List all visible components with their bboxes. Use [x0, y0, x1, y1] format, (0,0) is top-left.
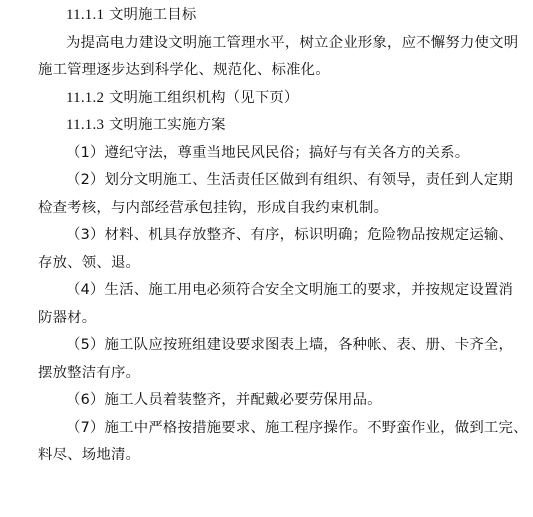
list-item-5: （5）施工队应按班组建设要求图表上墙，各种帐、表、册、卡齐全，	[38, 332, 498, 360]
list-item-7: （7）施工中严格按措施要求、施工程序操作。不野蛮作业，做到工完、	[38, 415, 498, 443]
list-item-3-cont: 存放、领、退。	[38, 250, 498, 278]
list-item-1: （1）遵纪守法，尊重当地民风民俗；搞好与有关各方的关系。	[38, 140, 498, 168]
heading-11-1-1: 11.1.1 文明施工目标	[38, 2, 498, 30]
list-item-7-cont: 料尽、场地清。	[38, 442, 498, 470]
list-item-2: （2）划分文明施工、生活责任区做到有组织、有领导，责任到人定期	[38, 167, 498, 195]
list-item-4: （4）生活、施工用电必须符合安全文明施工的要求，并按规定设置消	[38, 277, 498, 305]
list-item-4-cont: 防器材。	[38, 305, 498, 333]
heading-11-1-2: 11.1.2 文明施工组织机构（见下页）	[38, 85, 498, 113]
list-item-3: （3）材料、机具存放整齐、有序，标识明确；危险物品按规定运输、	[38, 222, 498, 250]
list-item-2-cont: 检查考核，与内部经营承包挂钩，形成自我约束机制。	[38, 195, 498, 223]
document-page: 11.1.1 文明施工目标 为提高电力建设文明施工管理水平，树立企业形象，应不懈…	[38, 2, 498, 470]
list-item-6: （6）施工人员着装整齐，并配戴必要劳保用品。	[38, 387, 498, 415]
heading-11-1-3: 11.1.3 文明施工实施方案	[38, 112, 498, 140]
paragraph-line: 为提高电力建设文明施工管理水平，树立企业形象，应不懈努力使文明	[38, 30, 498, 58]
list-item-5-cont: 摆放整洁有序。	[38, 360, 498, 388]
paragraph-line: 施工管理逐步达到科学化、规范化、标准化。	[38, 57, 498, 85]
